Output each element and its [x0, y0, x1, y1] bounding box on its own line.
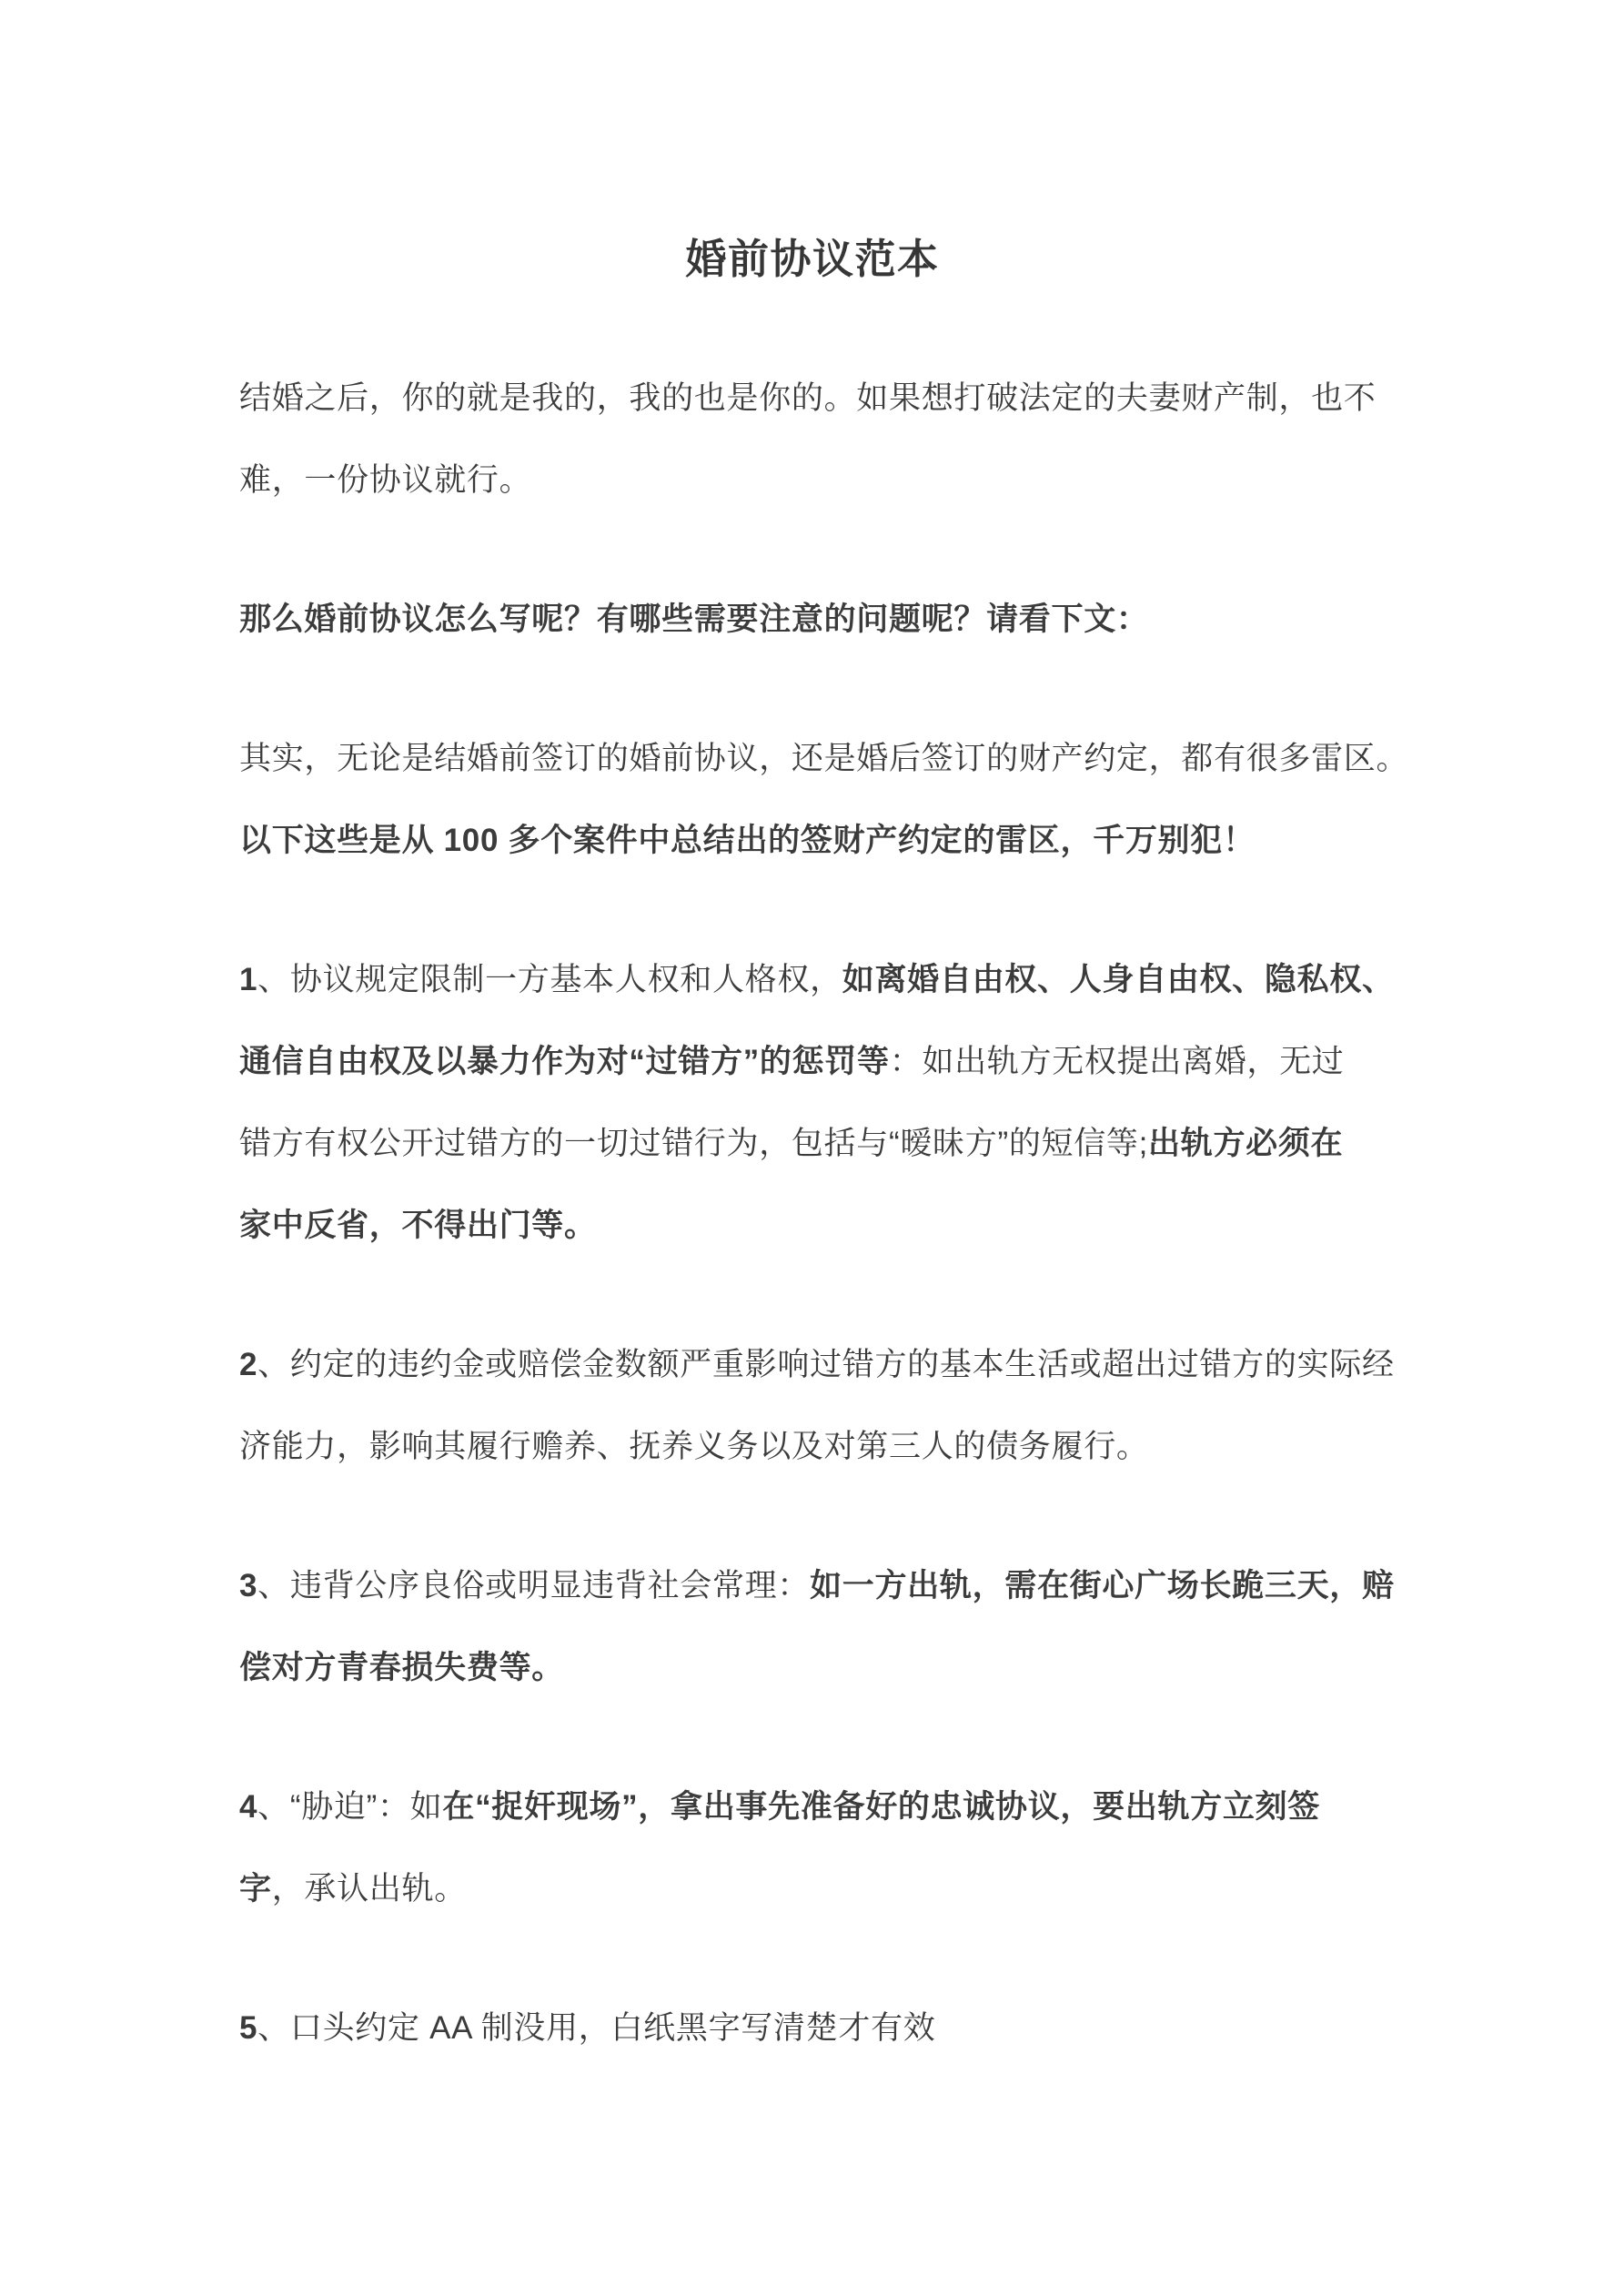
text-line: 3、违背公序良俗或明显违背社会常理：如一方出轨，需在街心广场长跪三天，赔: [239, 1545, 1386, 1627]
bold-text-run: 如一方出轨，需在街心广场长跪三天，赔: [810, 1568, 1395, 1603]
text-line: 5、口头约定 AA 制没用，白纸黑字写清楚才有效: [239, 1988, 1386, 2069]
bold-text-run: 偿对方青春损失费等。: [239, 1650, 564, 1685]
text-run: 难，一份协议就行。: [239, 462, 531, 498]
para-minefield-intro: 其实，无论是结婚前签订的婚前协议，还是婚后签订的财产约定，都有很多雷区。以下这些…: [239, 718, 1386, 882]
text-run: 、口头约定 AA 制没用，白纸黑字写清楚才有效: [257, 2010, 935, 2046]
text-run: 、协议规定限制一方基本人权和人格权，: [257, 962, 842, 997]
item-2: 2、约定的违约金或赔偿金数额严重影响过错方的基本生活或超出过错方的实际经济能力，…: [239, 1324, 1386, 1488]
document-body: 结婚之后，你的就是我的，我的也是你的。如果想打破法定的夫妻财产制，也不难，一份协…: [239, 358, 1386, 2069]
bold-text-run: 5: [239, 2010, 257, 2046]
text-run: 结婚之后，你的就是我的，我的也是你的。如果想打破法定的夫妻财产制，也不: [239, 380, 1377, 416]
para-question: 那么婚前协议怎么写呢？有哪些需要注意的问题呢？请看下文：: [239, 579, 1386, 661]
document-page: 婚前协议范本 结婚之后，你的就是我的，我的也是你的。如果想打破法定的夫妻财产制，…: [0, 0, 1624, 2296]
text-line: 难，一份协议就行。: [239, 440, 1386, 521]
text-run: 、违背公序良俗或明显违背社会常理：: [257, 1568, 810, 1603]
bold-text-run: 如离婚自由权、人身自由权、隐私权、: [842, 962, 1395, 997]
text-line: 济能力，影响其履行赡养、抚养义务以及对第三人的债务履行。: [239, 1406, 1386, 1488]
text-line: 偿对方青春损失费等。: [239, 1627, 1386, 1709]
bold-text-run: 通信自由权及以暴力作为对“过错方”的惩罚等: [239, 1044, 890, 1079]
para-intro: 结婚之后，你的就是我的，我的也是你的。如果想打破法定的夫妻财产制，也不难，一份协…: [239, 358, 1386, 521]
text-line: 那么婚前协议怎么写呢？有哪些需要注意的问题呢？请看下文：: [239, 579, 1386, 661]
text-run: 济能力，影响其履行赡养、抚养义务以及对第三人的债务履行。: [239, 1429, 1149, 1464]
text-line: 通信自由权及以暴力作为对“过错方”的惩罚等：如出轨方无权提出离婚，无过: [239, 1021, 1386, 1103]
text-run: 、约定的违约金或赔偿金数额严重影响过错方的基本生活或超出过错方的实际经: [257, 1347, 1395, 1382]
text-line: 以下这些是从 100 多个案件中总结出的签财产约定的雷区，千万别犯！: [239, 800, 1386, 882]
text-line: 家中反省，不得出门等。: [239, 1185, 1386, 1267]
text-run: ：如出轨方无权提出离婚，无过: [890, 1044, 1345, 1079]
text-line: 字，承认出轨。: [239, 1848, 1386, 1930]
bold-text-run: 出轨方必须在: [1148, 1126, 1343, 1161]
text-run: 错方有权公开过错方的一切过错行为，包括与“暧昧方”的短信等;: [239, 1126, 1148, 1161]
bold-text-run: 字: [239, 1871, 272, 1907]
bold-text-run: 家中反省，不得出门等。: [239, 1208, 597, 1243]
item-5: 5、口头约定 AA 制没用，白纸黑字写清楚才有效: [239, 1988, 1386, 2069]
bold-text-run: 4: [239, 1789, 257, 1825]
item-4: 4、“胁迫”：如在“捉奸现场”，拿出事先准备好的忠诚协议，要出轨方立刻签字，承认…: [239, 1766, 1386, 1930]
bold-text-run: 在“捉奸现场”，拿出事先准备好的忠诚协议，要出轨方立刻签: [442, 1789, 1320, 1825]
bold-text-run: 1: [239, 962, 257, 997]
item-3: 3、违背公序良俗或明显违背社会常理：如一方出轨，需在街心广场长跪三天，赔偿对方青…: [239, 1545, 1386, 1709]
text-line: 2、约定的违约金或赔偿金数额严重影响过错方的基本生活或超出过错方的实际经: [239, 1324, 1386, 1406]
item-1: 1、协议规定限制一方基本人权和人格权，如离婚自由权、人身自由权、隐私权、通信自由…: [239, 939, 1386, 1267]
text-run: 、“胁迫”：如: [257, 1789, 442, 1825]
bold-text-run: 3: [239, 1568, 257, 1603]
text-line: 其实，无论是结婚前签订的婚前协议，还是婚后签订的财产约定，都有很多雷区。: [239, 718, 1386, 800]
bold-text-run: 那么婚前协议怎么写呢？有哪些需要注意的问题呢？请看下文：: [239, 602, 1149, 637]
text-line: 错方有权公开过错方的一切过错行为，包括与“暧昧方”的短信等;出轨方必须在: [239, 1103, 1386, 1185]
bold-text-run: 以下这些是从 100 多个案件中总结出的签财产约定的雷区，千万别犯！: [239, 823, 1256, 858]
text-run: 其实，无论是结婚前签订的婚前协议，还是婚后签订的财产约定，都有很多雷区。: [239, 741, 1408, 776]
text-line: 1、协议规定限制一方基本人权和人格权，如离婚自由权、人身自由权、隐私权、: [239, 939, 1386, 1021]
document-title: 婚前协议范本: [239, 218, 1386, 300]
text-line: 4、“胁迫”：如在“捉奸现场”，拿出事先准备好的忠诚协议，要出轨方立刻签: [239, 1766, 1386, 1848]
bold-text-run: 2: [239, 1347, 257, 1382]
text-run: ，承认出轨。: [272, 1871, 467, 1907]
text-line: 结婚之后，你的就是我的，我的也是你的。如果想打破法定的夫妻财产制，也不: [239, 358, 1386, 440]
